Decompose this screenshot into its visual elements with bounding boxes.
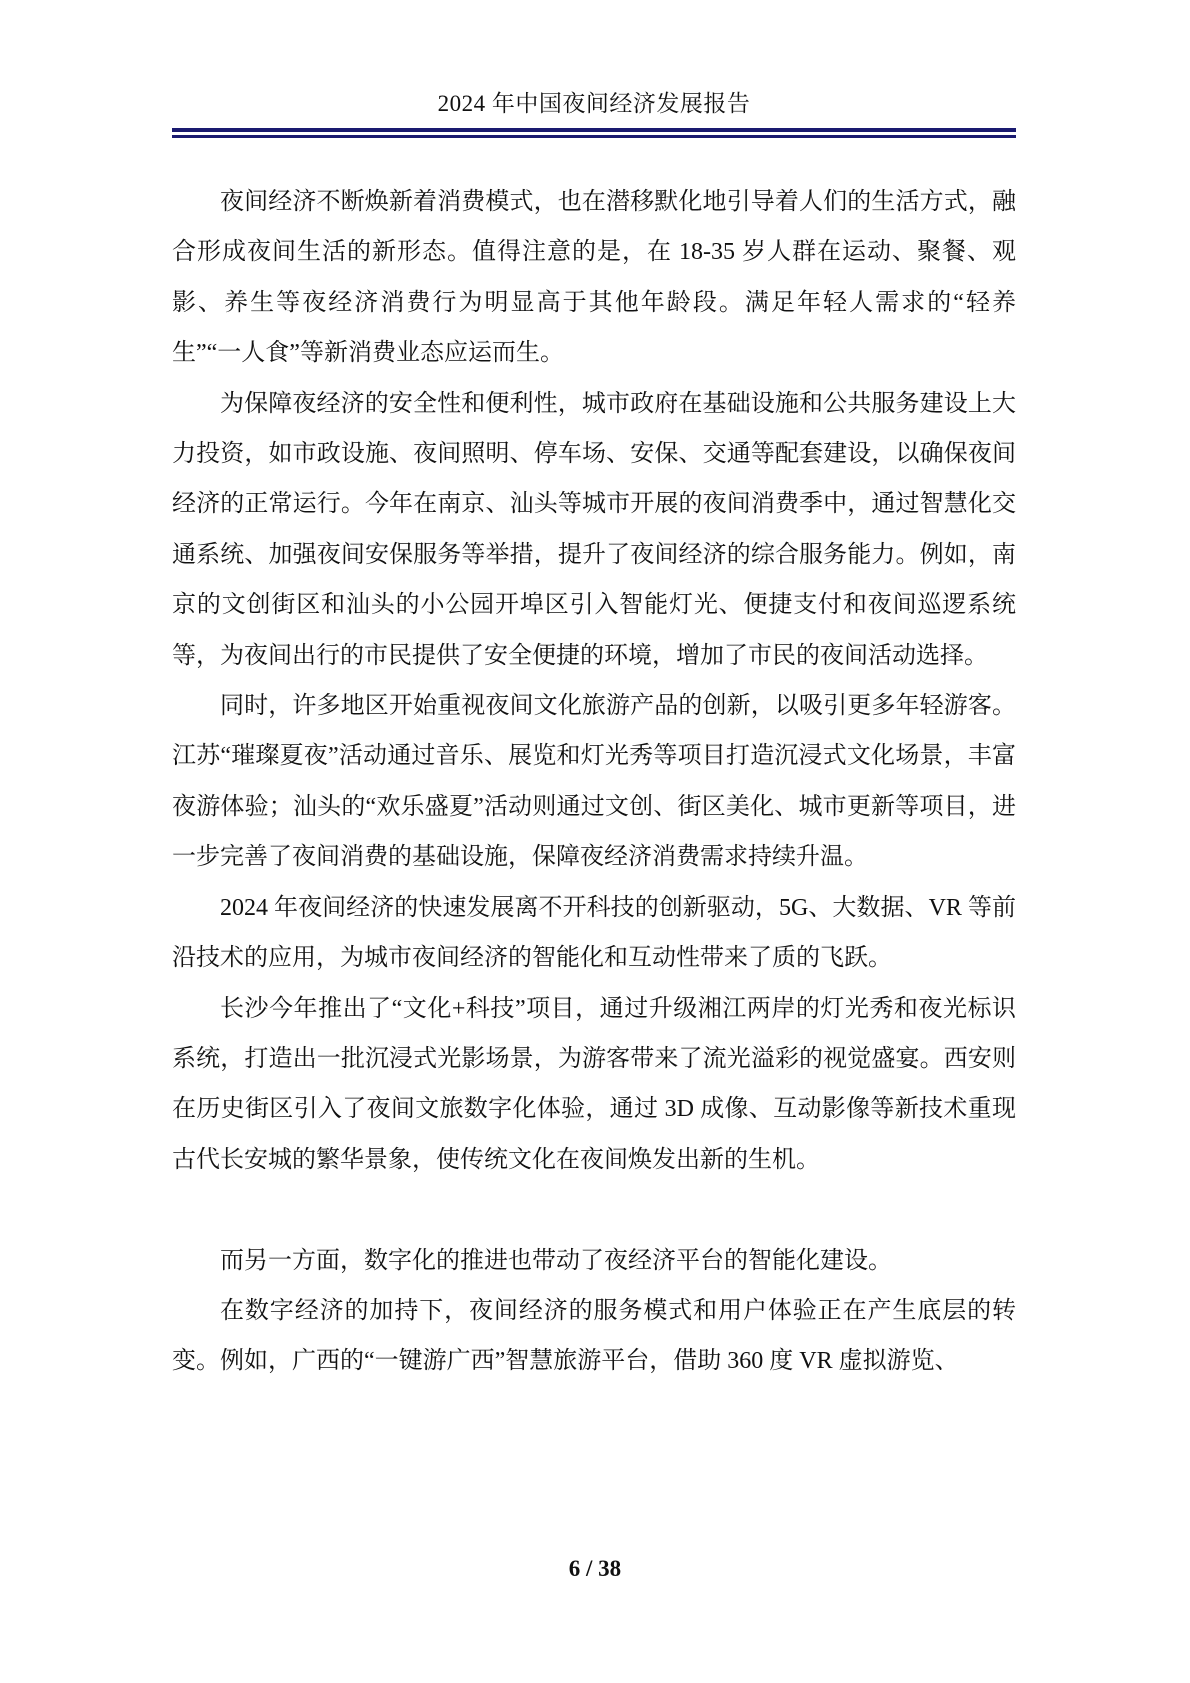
body-paragraph-3: 同时，许多地区开始重视夜间文化旅游产品的创新，以吸引更多年轻游客。江苏“璀璨夏夜… [172, 681, 1016, 883]
header-rule [172, 128, 1016, 138]
body-blank-line [172, 1185, 1016, 1235]
body-paragraph-4: 2024 年夜间经济的快速发展离不开科技的创新驱动，5G、大数据、VR 等前沿技… [172, 883, 1016, 984]
page-footer: 6 / 38 [0, 1554, 1190, 1584]
body-paragraph-1: 夜间经济不断焕新着消费模式，也在潜移默化地引导着人们的生活方式，融合形成夜间生活… [172, 177, 1016, 379]
document-page: 2024 年中国夜间经济发展报告 夜间经济不断焕新着消费模式，也在潜移默化地引导… [0, 0, 1190, 1683]
page-number: 6 / 38 [569, 1556, 621, 1581]
body-paragraph-2: 为保障夜经济的安全性和便利性，城市政府在基础设施和公共服务建设上大力投资，如市政… [172, 379, 1016, 681]
document-body: 夜间经济不断焕新着消费模式，也在潜移默化地引导着人们的生活方式，融合形成夜间生活… [172, 177, 1016, 1387]
body-paragraph-5: 长沙今年推出了“文化+科技”项目，通过升级湘江两岸的灯光秀和夜光标识系统，打造出… [172, 984, 1016, 1186]
body-paragraph-6: 而另一方面，数字化的推进也带动了夜经济平台的智能化建设。 [172, 1236, 1016, 1286]
body-paragraph-7: 在数字经济的加持下，夜间经济的服务模式和用户体验正在产生底层的转变。例如，广西的… [172, 1286, 1016, 1387]
document-title: 2024 年中国夜间经济发展报告 [172, 91, 1016, 117]
